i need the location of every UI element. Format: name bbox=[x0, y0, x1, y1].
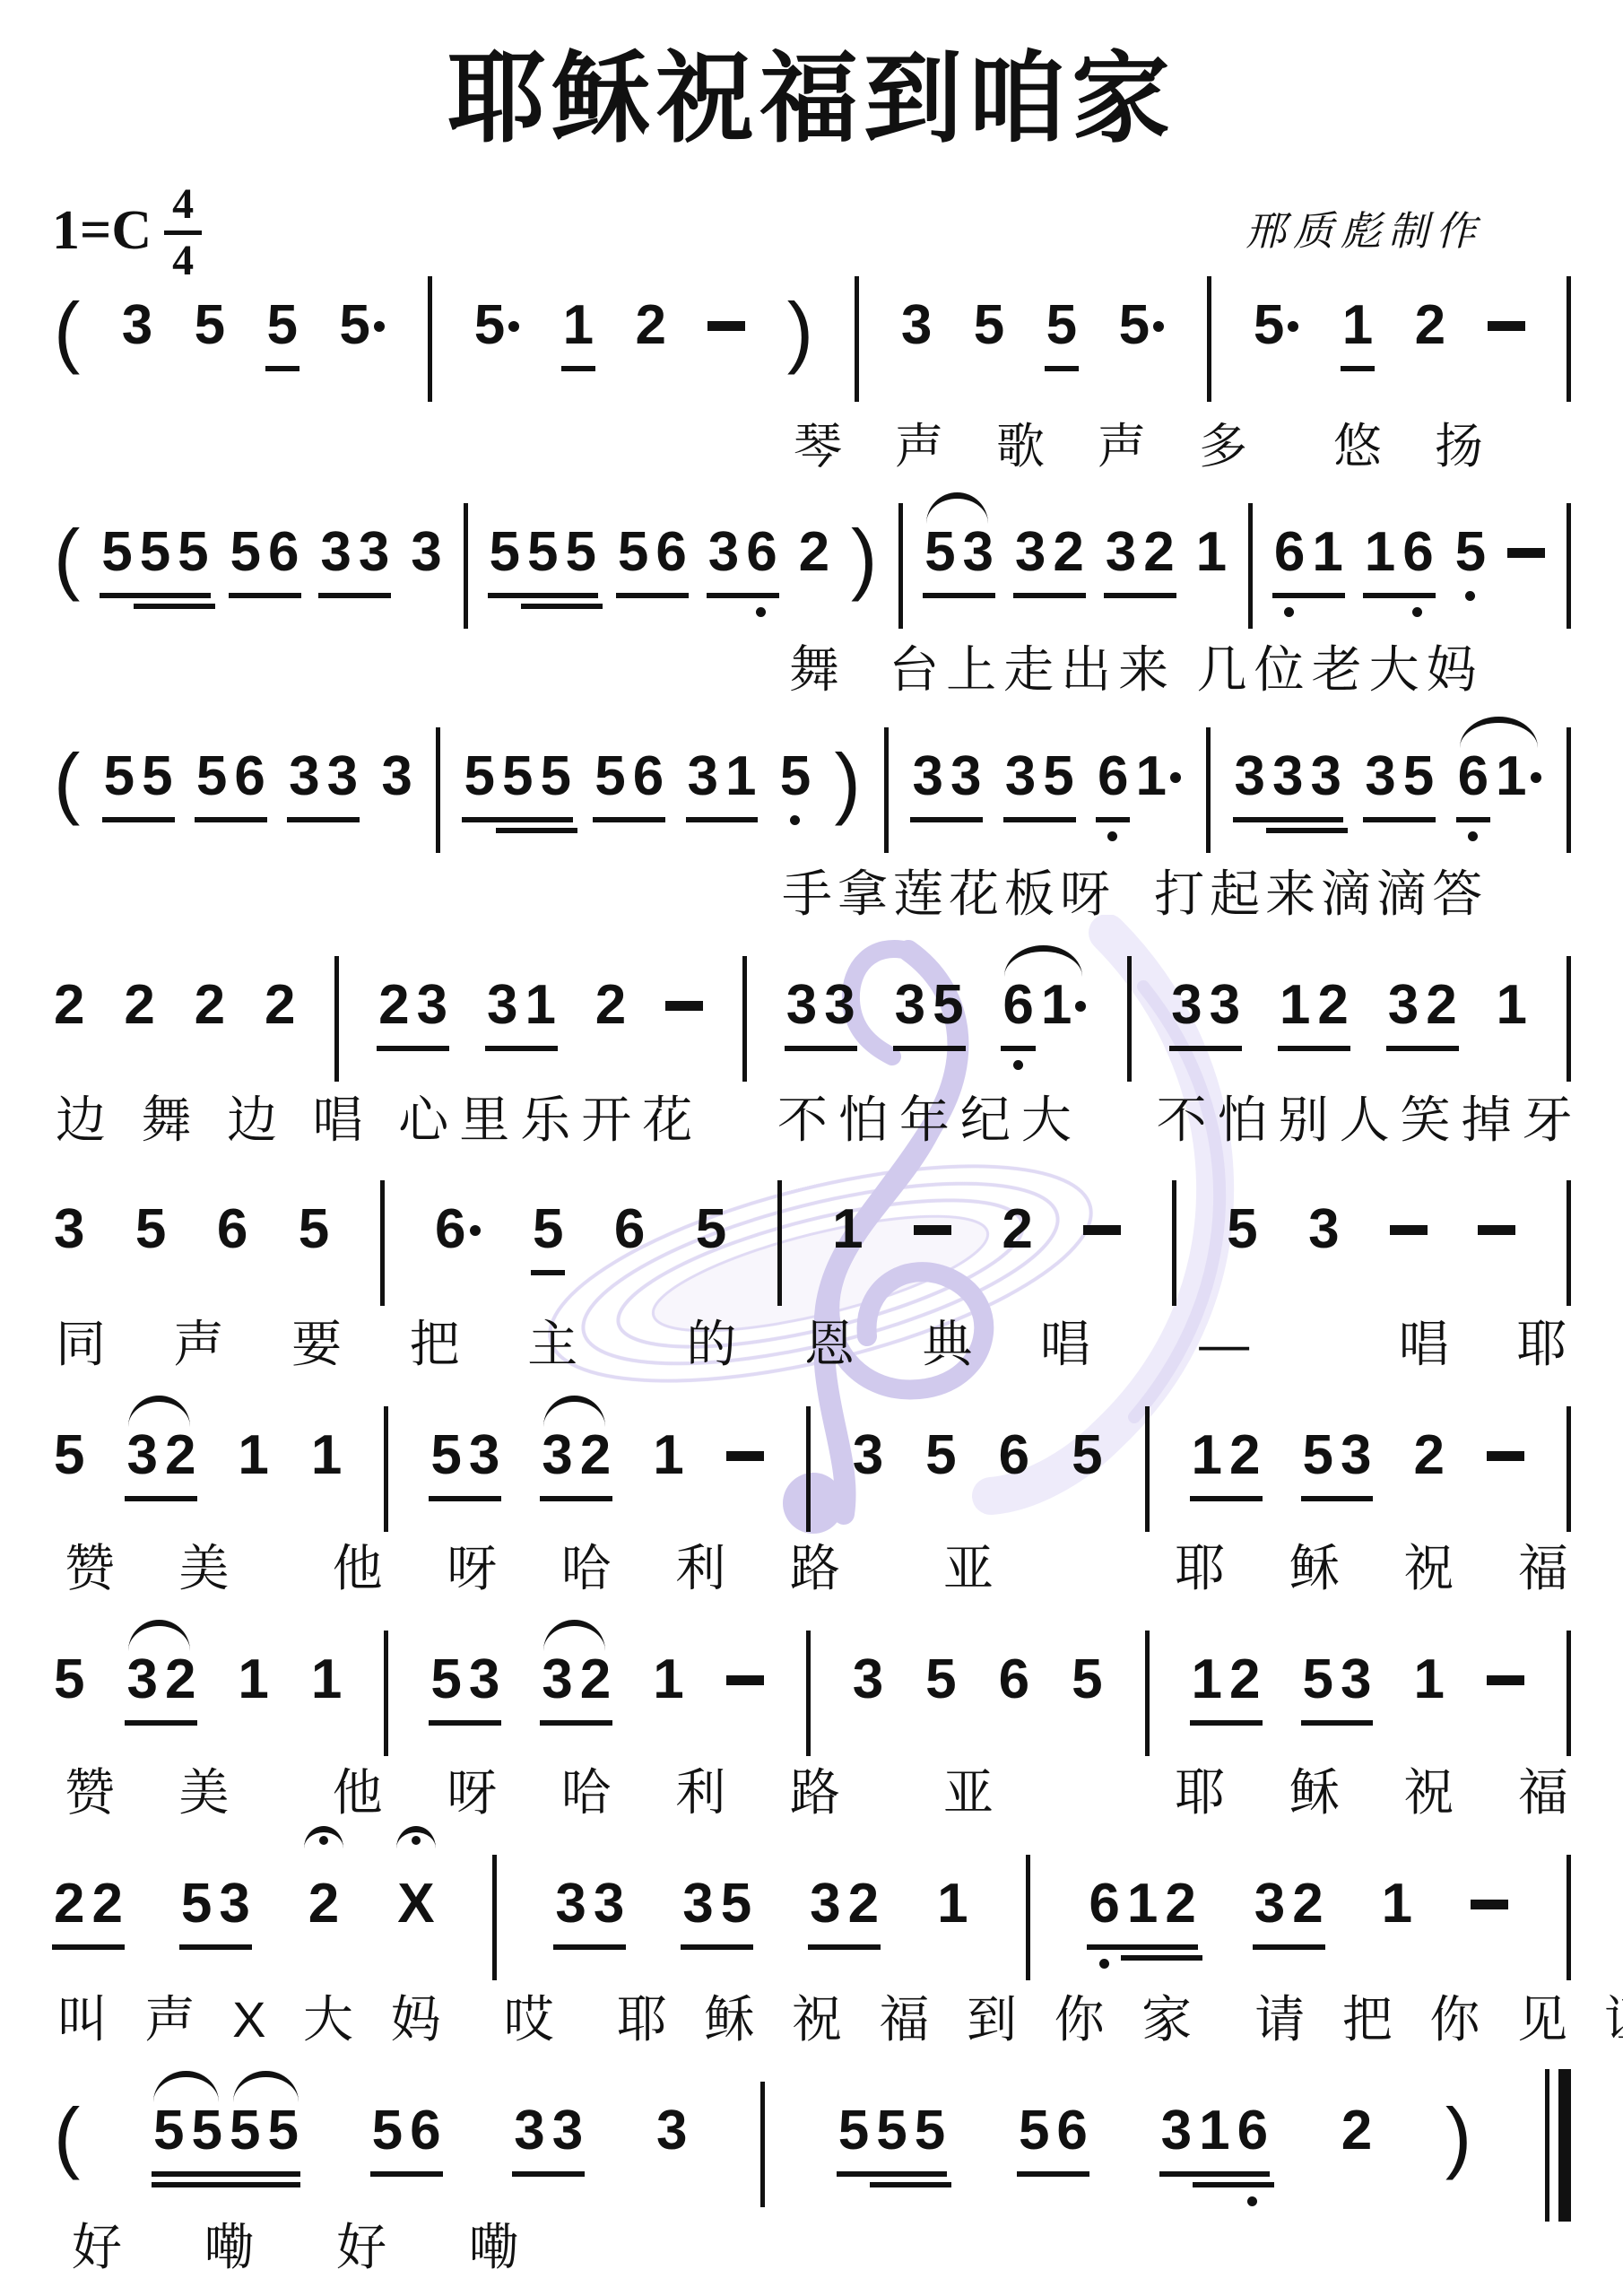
note-digit: 5 bbox=[267, 298, 298, 353]
note: 3 bbox=[594, 1876, 624, 1932]
composer-credit: 邢质彪制作 bbox=[1245, 212, 1483, 252]
beam-underline bbox=[1001, 1046, 1035, 1051]
low-octave-dot bbox=[1013, 1060, 1023, 1070]
note-digit: 5 bbox=[101, 525, 132, 580]
note-digit: 2 bbox=[378, 978, 409, 1033]
lyrics-line: 赞 美 他 呀 哈 利 路 亚 耶 稣 祝 福 到 了 咱 的 家 bbox=[65, 1529, 1623, 1601]
note-group: 35 bbox=[895, 978, 964, 1033]
note: 6 bbox=[1402, 525, 1433, 580]
note: 6 bbox=[1237, 2103, 1268, 2159]
note-group: 2 bbox=[124, 978, 154, 1033]
note-digit: 6 bbox=[746, 525, 777, 580]
note-group: 22 bbox=[54, 1876, 123, 1932]
barline bbox=[1567, 1180, 1571, 1306]
slur-arc bbox=[543, 1620, 605, 1651]
note-digit: 3 bbox=[853, 1652, 883, 1708]
note-digit: 2 bbox=[54, 1876, 84, 1932]
note: 3 bbox=[708, 525, 739, 580]
low-octave-dot bbox=[1284, 607, 1294, 617]
beam-underline bbox=[462, 817, 572, 822]
beam-underline bbox=[488, 593, 598, 598]
fermata-mark bbox=[396, 1826, 436, 1848]
barline bbox=[334, 956, 339, 1082]
note-group: 5 bbox=[54, 1652, 84, 1708]
final-barline-thin bbox=[1545, 2069, 1549, 2222]
note: 2 bbox=[848, 1876, 879, 1932]
note-digit: 3 bbox=[1272, 749, 1303, 804]
note-group: 5 bbox=[299, 1202, 329, 1257]
note-digit: 3 bbox=[359, 525, 389, 580]
note-digit: 5 bbox=[1072, 1652, 1102, 1708]
note-digit: 1 bbox=[1413, 1652, 1444, 1708]
note-group: 3 bbox=[656, 2103, 687, 2159]
note-group: 5 bbox=[1254, 298, 1300, 353]
beam-underline bbox=[1045, 366, 1079, 371]
note-group: 23 bbox=[378, 978, 447, 1033]
note-digit: 1 bbox=[1127, 1876, 1158, 1932]
note-digit: 5 bbox=[135, 1202, 166, 1257]
final-barline-thick bbox=[1558, 2069, 1571, 2222]
note: 6 bbox=[410, 2103, 440, 2159]
duration-dash bbox=[726, 1675, 764, 1685]
note-group: 2 bbox=[1341, 2103, 1372, 2159]
note-group: 55 bbox=[104, 749, 173, 804]
note-group: 33 bbox=[555, 1876, 624, 1932]
note-digit: 3 bbox=[514, 2103, 544, 2159]
note-digit: 3 bbox=[901, 298, 932, 353]
note-digit: 3 bbox=[320, 525, 351, 580]
time-signature: 4 4 bbox=[164, 183, 202, 283]
note: 1 bbox=[1192, 1428, 1222, 1483]
note-digit: 6 bbox=[1458, 749, 1488, 804]
note: 5 bbox=[721, 1876, 751, 1932]
duration-dash bbox=[1487, 1451, 1524, 1461]
note-group: 2 bbox=[265, 978, 295, 1033]
note: 3 bbox=[1365, 749, 1395, 804]
note-group: 32 bbox=[126, 1428, 195, 1483]
barline bbox=[1145, 1406, 1150, 1532]
note: 5 bbox=[533, 1202, 563, 1257]
beam-underline bbox=[785, 1046, 857, 1051]
note: 3 bbox=[895, 978, 925, 1033]
note: 5 bbox=[181, 1876, 212, 1932]
beam-underline bbox=[1253, 1944, 1325, 1950]
beam-underline bbox=[1363, 817, 1436, 822]
note: 3 bbox=[411, 525, 441, 580]
note: 5 bbox=[780, 749, 811, 804]
note-digit: 1 bbox=[1312, 525, 1342, 580]
note-digit: 6 bbox=[999, 1428, 1029, 1483]
note: 6 bbox=[435, 1202, 482, 1257]
note-digit: 3 bbox=[824, 978, 855, 1033]
open-paren-mark: ( bbox=[54, 754, 80, 810]
beam-underline bbox=[100, 593, 210, 598]
note: 3 bbox=[901, 298, 932, 353]
beam-underline bbox=[125, 1496, 197, 1501]
note: 1 bbox=[1280, 978, 1310, 1033]
note: 5 bbox=[1455, 525, 1486, 580]
note-digit: 3 bbox=[411, 525, 441, 580]
note-group: 5 bbox=[1227, 1202, 1257, 1257]
note-group: 316 bbox=[1161, 2103, 1268, 2159]
note: 5 bbox=[195, 298, 225, 353]
note: 6 bbox=[746, 525, 777, 580]
note: 2 bbox=[1002, 1202, 1032, 1257]
duration-dash bbox=[1471, 1900, 1508, 1909]
beam-underline bbox=[179, 1944, 252, 1950]
note-group: 5 bbox=[267, 298, 298, 353]
note: 5 bbox=[267, 298, 298, 353]
note-group: 33 bbox=[786, 978, 855, 1033]
note-digit: 3 bbox=[542, 1652, 572, 1708]
notation-line: (5555633355556362)533232161165 bbox=[54, 525, 1571, 580]
note-digit: 5 bbox=[490, 525, 520, 580]
barline bbox=[1127, 956, 1132, 1082]
note: 1 bbox=[1041, 978, 1088, 1033]
note-digit: 5 bbox=[474, 298, 505, 353]
duration-dash bbox=[726, 1451, 764, 1461]
note: 3 bbox=[1005, 749, 1036, 804]
note-group: 5 bbox=[54, 1428, 84, 1483]
note-digit: 2 bbox=[265, 978, 295, 1033]
note: 5 bbox=[1019, 2103, 1049, 2159]
barline bbox=[1567, 956, 1571, 1082]
barline bbox=[1248, 503, 1253, 629]
note-digit: 1 bbox=[1135, 749, 1166, 804]
note-digit: 3 bbox=[688, 749, 718, 804]
note-digit: 5 bbox=[876, 2103, 907, 2159]
note-digit: 3 bbox=[555, 1876, 586, 1932]
note-digit: 5 bbox=[430, 1428, 461, 1483]
note-group: 555 bbox=[101, 525, 208, 580]
note: 1 bbox=[725, 749, 756, 804]
note: 2 bbox=[165, 1652, 195, 1708]
notation-line: 2222233123335613312321 bbox=[54, 978, 1571, 1033]
note: 5 bbox=[474, 298, 521, 353]
note-digit: 6 bbox=[234, 749, 265, 804]
beam-underline bbox=[512, 2171, 585, 2177]
beam-underline bbox=[1013, 593, 1086, 598]
note: X bbox=[397, 1876, 434, 1932]
note-digit: 1 bbox=[653, 1428, 683, 1483]
note: 5 bbox=[430, 1652, 461, 1708]
note-digit: 6 bbox=[1002, 978, 1033, 1033]
sixteenth-underline bbox=[1266, 828, 1309, 833]
note-digit: 2 bbox=[580, 1652, 611, 1708]
note-digit: X bbox=[397, 1876, 434, 1932]
close-paren-mark: ) bbox=[851, 530, 877, 586]
lyrics-line: 琴 声 歌 声 多 悠 扬 bbox=[794, 408, 1503, 477]
note: 1 bbox=[832, 1202, 863, 1257]
note-digit: 1 bbox=[1382, 1876, 1412, 1932]
note: 5 bbox=[339, 298, 386, 353]
lyrics-line: 叫 声 X 大 妈 哎 耶 稣 祝 福 到 你 家 请 把 你 见 证 拉 bbox=[57, 1980, 1623, 2052]
note-digit: 2 bbox=[1002, 1202, 1032, 1257]
note: 3 bbox=[487, 978, 517, 1033]
note-digit: 2 bbox=[165, 1652, 195, 1708]
note-digit: 3 bbox=[1005, 749, 1036, 804]
note: 5 bbox=[566, 525, 596, 580]
note: 6 bbox=[1002, 978, 1033, 1033]
note-group: 5 bbox=[925, 1428, 956, 1483]
note: 5 bbox=[618, 525, 648, 580]
note: 5 bbox=[915, 2103, 945, 2159]
beam-underline bbox=[531, 1270, 565, 1275]
barline bbox=[806, 1631, 811, 1756]
note-digit: 3 bbox=[1388, 978, 1419, 1033]
low-octave-dot bbox=[756, 607, 766, 617]
augmentation-dot bbox=[370, 298, 386, 353]
note: 5 bbox=[178, 525, 208, 580]
note: 3 bbox=[552, 2103, 583, 2159]
note: 3 bbox=[126, 1652, 157, 1708]
note-digit: 5 bbox=[974, 298, 1004, 353]
note: 6 bbox=[217, 1202, 247, 1257]
note-digit: 5 bbox=[721, 1876, 751, 1932]
note: 5 bbox=[196, 749, 227, 804]
sixteenth-underline bbox=[521, 604, 564, 609]
note-digit: 2 bbox=[848, 1876, 879, 1932]
note-digit: 3 bbox=[552, 2103, 583, 2159]
note: 3 bbox=[682, 1876, 713, 1932]
note-digit: 3 bbox=[327, 749, 358, 804]
note-digit: 3 bbox=[1106, 525, 1136, 580]
low-octave-dot bbox=[1247, 2196, 1257, 2206]
note-digit: 5 bbox=[464, 749, 494, 804]
notation-line: 356565651253 bbox=[54, 1202, 1571, 1257]
note: 3 bbox=[1341, 1652, 1371, 1708]
note: 3 bbox=[1254, 1876, 1285, 1932]
note: 1 bbox=[1382, 1876, 1412, 1932]
beam-underline bbox=[837, 2171, 947, 2177]
note-group: 36 bbox=[708, 525, 777, 580]
note-digit: 2 bbox=[799, 525, 829, 580]
note-digit: 5 bbox=[838, 2103, 869, 2159]
beam-underline bbox=[429, 1720, 501, 1726]
note: 1 bbox=[1199, 2103, 1229, 2159]
note: 5 bbox=[924, 525, 955, 580]
note: 3 bbox=[1171, 978, 1202, 1033]
note: 3 bbox=[542, 1652, 572, 1708]
note-group: 3 bbox=[54, 1202, 84, 1257]
augmentation-dot bbox=[1527, 749, 1543, 804]
note: 3 bbox=[1388, 978, 1419, 1033]
note-digit: 3 bbox=[594, 1876, 624, 1932]
lyrics-line: 赞 美 他 呀 哈 利 路 亚 耶 稣 祝 福 到 了 咱 的 家 bbox=[65, 1753, 1623, 1825]
note: 3 bbox=[1308, 1202, 1339, 1257]
note-digit: 1 bbox=[832, 1202, 863, 1257]
note-digit: 2 bbox=[1317, 978, 1348, 1033]
barline bbox=[492, 1855, 497, 1980]
note-digit: 2 bbox=[308, 1876, 339, 1932]
notation-line: (555633355556315)3335613333561 bbox=[54, 749, 1571, 804]
note-group: 5 bbox=[1046, 298, 1077, 353]
note-digit: 5 bbox=[618, 525, 648, 580]
note: 2 bbox=[124, 978, 154, 1033]
note-digit: 5 bbox=[925, 1652, 956, 1708]
beam-underline bbox=[1159, 2171, 1270, 2177]
note: 1 bbox=[937, 1876, 968, 1932]
note: 2 bbox=[308, 1876, 339, 1932]
note-digit: 3 bbox=[1161, 2103, 1192, 2159]
note: 2 bbox=[1165, 1876, 1195, 1932]
note-group: 35 bbox=[1005, 749, 1074, 804]
note: 5 bbox=[1043, 749, 1073, 804]
note: 5 bbox=[430, 1428, 461, 1483]
beam-underline bbox=[265, 366, 299, 371]
note-group: 53 bbox=[430, 1428, 499, 1483]
note: 5 bbox=[191, 2103, 221, 2159]
note: 5 bbox=[838, 2103, 869, 2159]
barline bbox=[898, 503, 903, 629]
note: 3 bbox=[810, 1876, 840, 1932]
note: 6 bbox=[999, 1428, 1029, 1483]
note-digit: 5 bbox=[924, 525, 955, 580]
note: 6 bbox=[234, 749, 265, 804]
note-digit: 2 bbox=[1143, 525, 1174, 580]
beam-underline bbox=[229, 593, 301, 598]
note-group: 2 bbox=[308, 1876, 339, 1932]
note-digit: 5 bbox=[178, 525, 208, 580]
note: 1 bbox=[563, 298, 594, 353]
barline bbox=[1567, 727, 1571, 853]
note-digit: 5 bbox=[566, 525, 596, 580]
note: 2 bbox=[165, 1428, 195, 1483]
key-signature: 1=C 4 4 bbox=[52, 178, 202, 283]
note-digit: 1 bbox=[1342, 298, 1373, 353]
beam-underline bbox=[540, 1720, 612, 1726]
note-digit: 5 bbox=[933, 978, 963, 1033]
note-digit: 5 bbox=[196, 749, 227, 804]
note-group: 1 bbox=[653, 1428, 683, 1483]
note: 2 bbox=[91, 1876, 122, 1932]
note-digit: 3 bbox=[1235, 749, 1265, 804]
note-digit: 1 bbox=[1280, 978, 1310, 1033]
note-digit: 1 bbox=[525, 978, 555, 1033]
slur-arc bbox=[233, 2071, 299, 2102]
note-digit: 6 bbox=[1402, 525, 1433, 580]
note: 3 bbox=[786, 978, 817, 1033]
note: 2 bbox=[1413, 1428, 1444, 1483]
barline bbox=[464, 503, 468, 629]
note-digit: 5 bbox=[372, 2103, 403, 2159]
note-group: 35 bbox=[1365, 749, 1434, 804]
note: 3 bbox=[1161, 2103, 1192, 2159]
note: 2 bbox=[1143, 525, 1174, 580]
time-signature-denominator: 4 bbox=[172, 239, 194, 283]
sixteenth-underline bbox=[134, 604, 177, 609]
note: 5 bbox=[1254, 298, 1300, 353]
note: 2 bbox=[1292, 1876, 1323, 1932]
note-digit: 2 bbox=[165, 1428, 195, 1483]
note-group: 5 bbox=[1072, 1652, 1102, 1708]
note: 5 bbox=[1072, 1652, 1102, 1708]
note: 2 bbox=[195, 978, 225, 1033]
note-group: 3 bbox=[122, 298, 152, 353]
note-digit: 3 bbox=[469, 1428, 499, 1483]
beam-underline bbox=[377, 1046, 449, 1051]
beam-underline bbox=[893, 1046, 966, 1051]
note: 5 bbox=[140, 525, 170, 580]
note: 3 bbox=[514, 2103, 544, 2159]
sixteenth-underline bbox=[152, 2182, 300, 2187]
note-group: 2 bbox=[595, 978, 626, 1033]
note-digit: 3 bbox=[126, 1428, 157, 1483]
note: 2 bbox=[1229, 1652, 1260, 1708]
note: 6 bbox=[633, 749, 664, 804]
note-digit: 5 bbox=[1019, 2103, 1049, 2159]
note: 5 bbox=[1046, 298, 1077, 353]
note-digit: 3 bbox=[853, 1428, 883, 1483]
note-digit: 1 bbox=[563, 298, 594, 353]
note-digit: 1 bbox=[725, 749, 756, 804]
lyrics-line: 同 声 要 把 主 的 恩 典 唱 — 唱 耶 bbox=[56, 1305, 1593, 1377]
note: 3 bbox=[289, 749, 319, 804]
note-group: 2 bbox=[195, 978, 225, 1033]
beam-underline bbox=[195, 817, 267, 822]
note-group: 555 bbox=[838, 2103, 945, 2159]
note-group: 61 bbox=[1098, 749, 1183, 804]
barline bbox=[806, 1406, 811, 1532]
note-digit: 3 bbox=[289, 749, 319, 804]
note-digit: 5 bbox=[925, 1428, 956, 1483]
note-group: 33 bbox=[320, 525, 389, 580]
note: 5 bbox=[372, 2103, 403, 2159]
note: 3 bbox=[963, 525, 994, 580]
note-digit: 2 bbox=[1426, 978, 1456, 1033]
note: 5 bbox=[540, 749, 570, 804]
note-group: 5 bbox=[1455, 525, 1486, 580]
note-digit: 3 bbox=[1365, 749, 1395, 804]
key-label: 1=C bbox=[52, 203, 152, 258]
note-digit: 5 bbox=[339, 298, 369, 353]
beam-underline bbox=[1301, 1720, 1374, 1726]
note-digit: 5 bbox=[502, 749, 533, 804]
note-group: 32 bbox=[126, 1652, 195, 1708]
duration-dash bbox=[1083, 1225, 1121, 1235]
note-digit: 5 bbox=[540, 749, 570, 804]
note-digit: 5 bbox=[527, 525, 558, 580]
note-digit: 6 bbox=[614, 1202, 645, 1257]
low-octave-dot bbox=[1468, 831, 1478, 841]
note-digit: 6 bbox=[655, 525, 686, 580]
note-group: 32 bbox=[810, 1876, 879, 1932]
note-digit: 5 bbox=[191, 2103, 221, 2159]
note-digit: 1 bbox=[311, 1428, 342, 1483]
beam-underline bbox=[102, 817, 175, 822]
note-group: 53 bbox=[1303, 1652, 1372, 1708]
note-digit: 3 bbox=[417, 978, 447, 1033]
note-group: 5 bbox=[339, 298, 386, 353]
note: 2 bbox=[1426, 978, 1456, 1033]
beam-underline bbox=[429, 1496, 501, 1501]
note-digit: 5 bbox=[54, 1428, 84, 1483]
notation-line: (3555512)3555512 bbox=[54, 298, 1571, 353]
note: 5 bbox=[1403, 749, 1434, 804]
note: 6 bbox=[1098, 749, 1128, 804]
slur-arc bbox=[926, 492, 988, 524]
duration-dash bbox=[1507, 548, 1545, 558]
sixteenth-underline bbox=[1231, 2182, 1274, 2187]
note-digit: 3 bbox=[1015, 525, 1046, 580]
note-digit: 5 bbox=[780, 749, 811, 804]
note-group: 555 bbox=[464, 749, 570, 804]
note: 2 bbox=[580, 1652, 611, 1708]
lyrics-line: 好 嘞 好 嘞 bbox=[72, 2208, 553, 2280]
note: 3 bbox=[126, 1428, 157, 1483]
notation-line: 22532X3335321612321 bbox=[54, 1876, 1571, 1932]
note-group: 33 bbox=[289, 749, 358, 804]
